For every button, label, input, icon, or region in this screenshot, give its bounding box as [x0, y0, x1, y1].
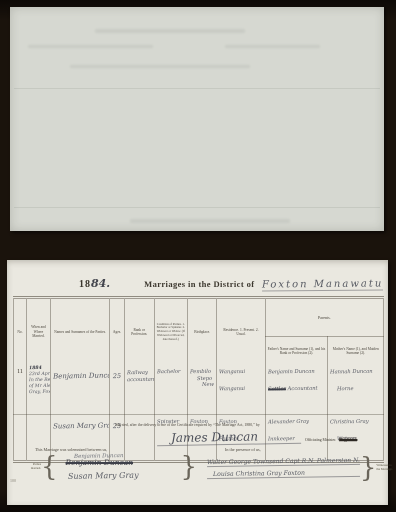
- bleedthrough-smudge: [130, 219, 290, 223]
- groom-name: Benjamin Duncan: [50, 365, 109, 415]
- col-header-parents: Parents.: [265, 299, 383, 337]
- witnesses-side-label: Witnesses to the Marriage.: [376, 464, 393, 471]
- parties-side-label: Parties married.: [27, 463, 41, 470]
- witness-brace: }: [360, 454, 377, 481]
- groom-father: Benjamin Duncan Settler Accountant: [265, 365, 328, 415]
- table-row-groom: 11 1884 23rd April In the Residence of M…: [14, 365, 384, 415]
- solemnized-block: This Marriage was solemnized between us,…: [27, 447, 197, 480]
- minister-signature-row: James Duncan Officiating Minister. Regis…: [157, 430, 378, 445]
- groom-mother: Hannah Duncan Horne: [328, 365, 384, 415]
- year-handwritten: 84.: [91, 277, 110, 290]
- officiating-minister-label: Officiating Minister.: [305, 438, 336, 442]
- col-header-ages: Ages.: [110, 299, 125, 366]
- groom-condition: Bachelor: [154, 365, 187, 415]
- entry-number: [14, 415, 27, 461]
- presence-label: In the presence of us,: [207, 447, 393, 452]
- bleedthrough-rule: [14, 88, 380, 89]
- col-header-condition: Condition of Parties. 1. Bachelor or Spi…: [154, 299, 187, 366]
- struck-word: Settler: [267, 386, 285, 392]
- struck-registrar-label: Registrar: [339, 437, 357, 442]
- heading-text: Marriages in the District of: [144, 279, 254, 289]
- when-where-married: 1884 23rd April In the Residence of Mr A…: [26, 365, 50, 415]
- col-header-father: Father's Name and Surname (1), and his R…: [265, 337, 328, 366]
- witness-2-signature: Louisa Christina Gray Foxton: [207, 469, 360, 479]
- col-header-names: Names and Surnames of the Parties.: [50, 299, 109, 366]
- marriage-register-page: 18 84. Marriages in the District of Foxt…: [7, 260, 388, 505]
- groom-residence: Wanganui Wanganui: [217, 365, 265, 415]
- groom-rank: Railway accountant: [124, 365, 154, 415]
- col-header-when: When and Where Married.: [26, 299, 50, 366]
- district-handwritten: Foxton Manawatu: [262, 278, 383, 291]
- col-header-no: No.: [14, 299, 27, 366]
- groom-age: 25: [110, 365, 125, 415]
- page-number: 100: [10, 478, 16, 483]
- col-header-rank: Rank or Profession.: [124, 299, 154, 366]
- bride-signature: Susan Mary Gray: [59, 470, 178, 481]
- col-header-residence: Residence. 1. Present. 2. Usual.: [217, 299, 265, 366]
- minister-signature: James Duncan: [157, 429, 301, 447]
- entry-number: 11: [14, 365, 27, 415]
- certificate-statement: Married, after the delivery to me of the…: [47, 423, 328, 427]
- blank-verso-page: [10, 7, 384, 231]
- groom-birthplace: Pembilo Stepo New Y.: [187, 365, 217, 415]
- bleedthrough-smudge: [70, 65, 250, 68]
- bleedthrough-smudge: [95, 29, 245, 33]
- col-header-birthplace: Birthplace.: [187, 299, 217, 366]
- witness-1-signature: Walter George Townsend Capt R.N. Palmers…: [207, 457, 360, 467]
- col-header-mother: Mother's Name (1), and Maiden Surname (2…: [328, 337, 384, 366]
- left-brace: {: [41, 453, 58, 480]
- right-brace: }: [180, 453, 197, 480]
- witnesses-block: In the presence of us, Walter George Tow…: [207, 447, 393, 481]
- year-printed: 18: [79, 279, 91, 290]
- bleedthrough-smudge: [28, 45, 153, 48]
- register-heading: 18 84. Marriages in the District of Foxt…: [7, 277, 388, 291]
- bleedthrough-smudge: [225, 45, 320, 48]
- bleedthrough-rule: [14, 207, 380, 208]
